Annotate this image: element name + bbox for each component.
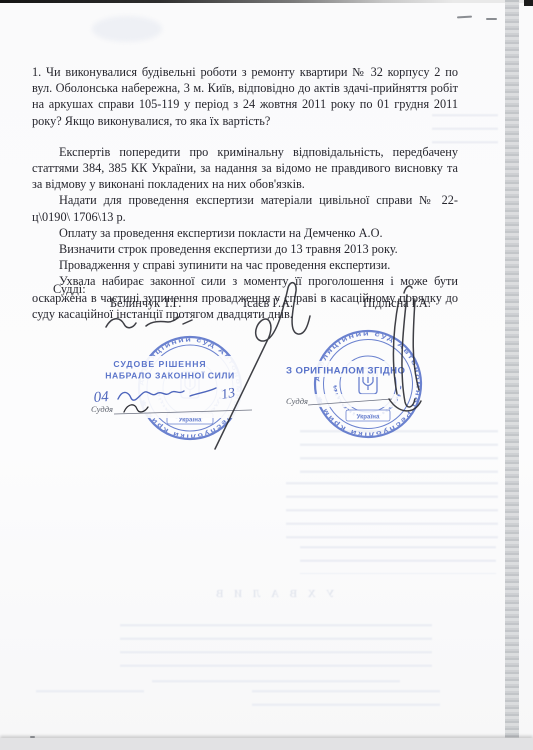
paragraph-suspend: Провадження у справі зупинити на час про… — [32, 257, 458, 273]
bleedthrough-lines — [120, 624, 432, 676]
document-body-text: 1. Чи виконувалися будівельні роботи з р… — [32, 64, 458, 322]
paragraph-provide-materials: Надати для проведення експертизи матеріа… — [32, 192, 458, 224]
paragraph-deadline: Визначити строк проведення експертизи до… — [32, 241, 458, 257]
bleedthrough-lines — [286, 482, 498, 540]
bleedthrough-lines — [252, 690, 440, 712]
bleedthrough-lines — [36, 690, 144, 700]
pen-dash-mark — [486, 18, 497, 20]
bleedthrough-lines — [300, 430, 498, 474]
judge-name-belynchuk: Белинчук Т.Г. — [110, 296, 181, 311]
judge-name-isaiev: Ісаєв Г.А. — [243, 296, 293, 311]
bleedthrough-lines — [300, 546, 496, 574]
scan-right-band — [505, 0, 519, 740]
scanned-court-document-page: У Х В А Л И В 1. Чи виконувалися будівел… — [0, 0, 533, 750]
paragraph-question-1: 1. Чи виконувалися будівельні роботи з р… — [32, 64, 458, 129]
paragraph-payment: Оплату за проведення експертизи покласти… — [32, 225, 458, 241]
judges-label: Судді: — [53, 282, 86, 297]
paragraph-experts-warning: Експертів попередити про кримінальну від… — [32, 144, 458, 193]
scan-bottom-edge — [0, 738, 533, 750]
judge-name-pidlisna: Підлісна І.А. — [363, 296, 431, 311]
scan-corner-mark — [524, 0, 533, 6]
bleedthrough-blob — [92, 16, 162, 42]
scan-top-edge — [0, 0, 533, 3]
bleedthrough-header: У Х В А Л И В — [212, 588, 334, 600]
